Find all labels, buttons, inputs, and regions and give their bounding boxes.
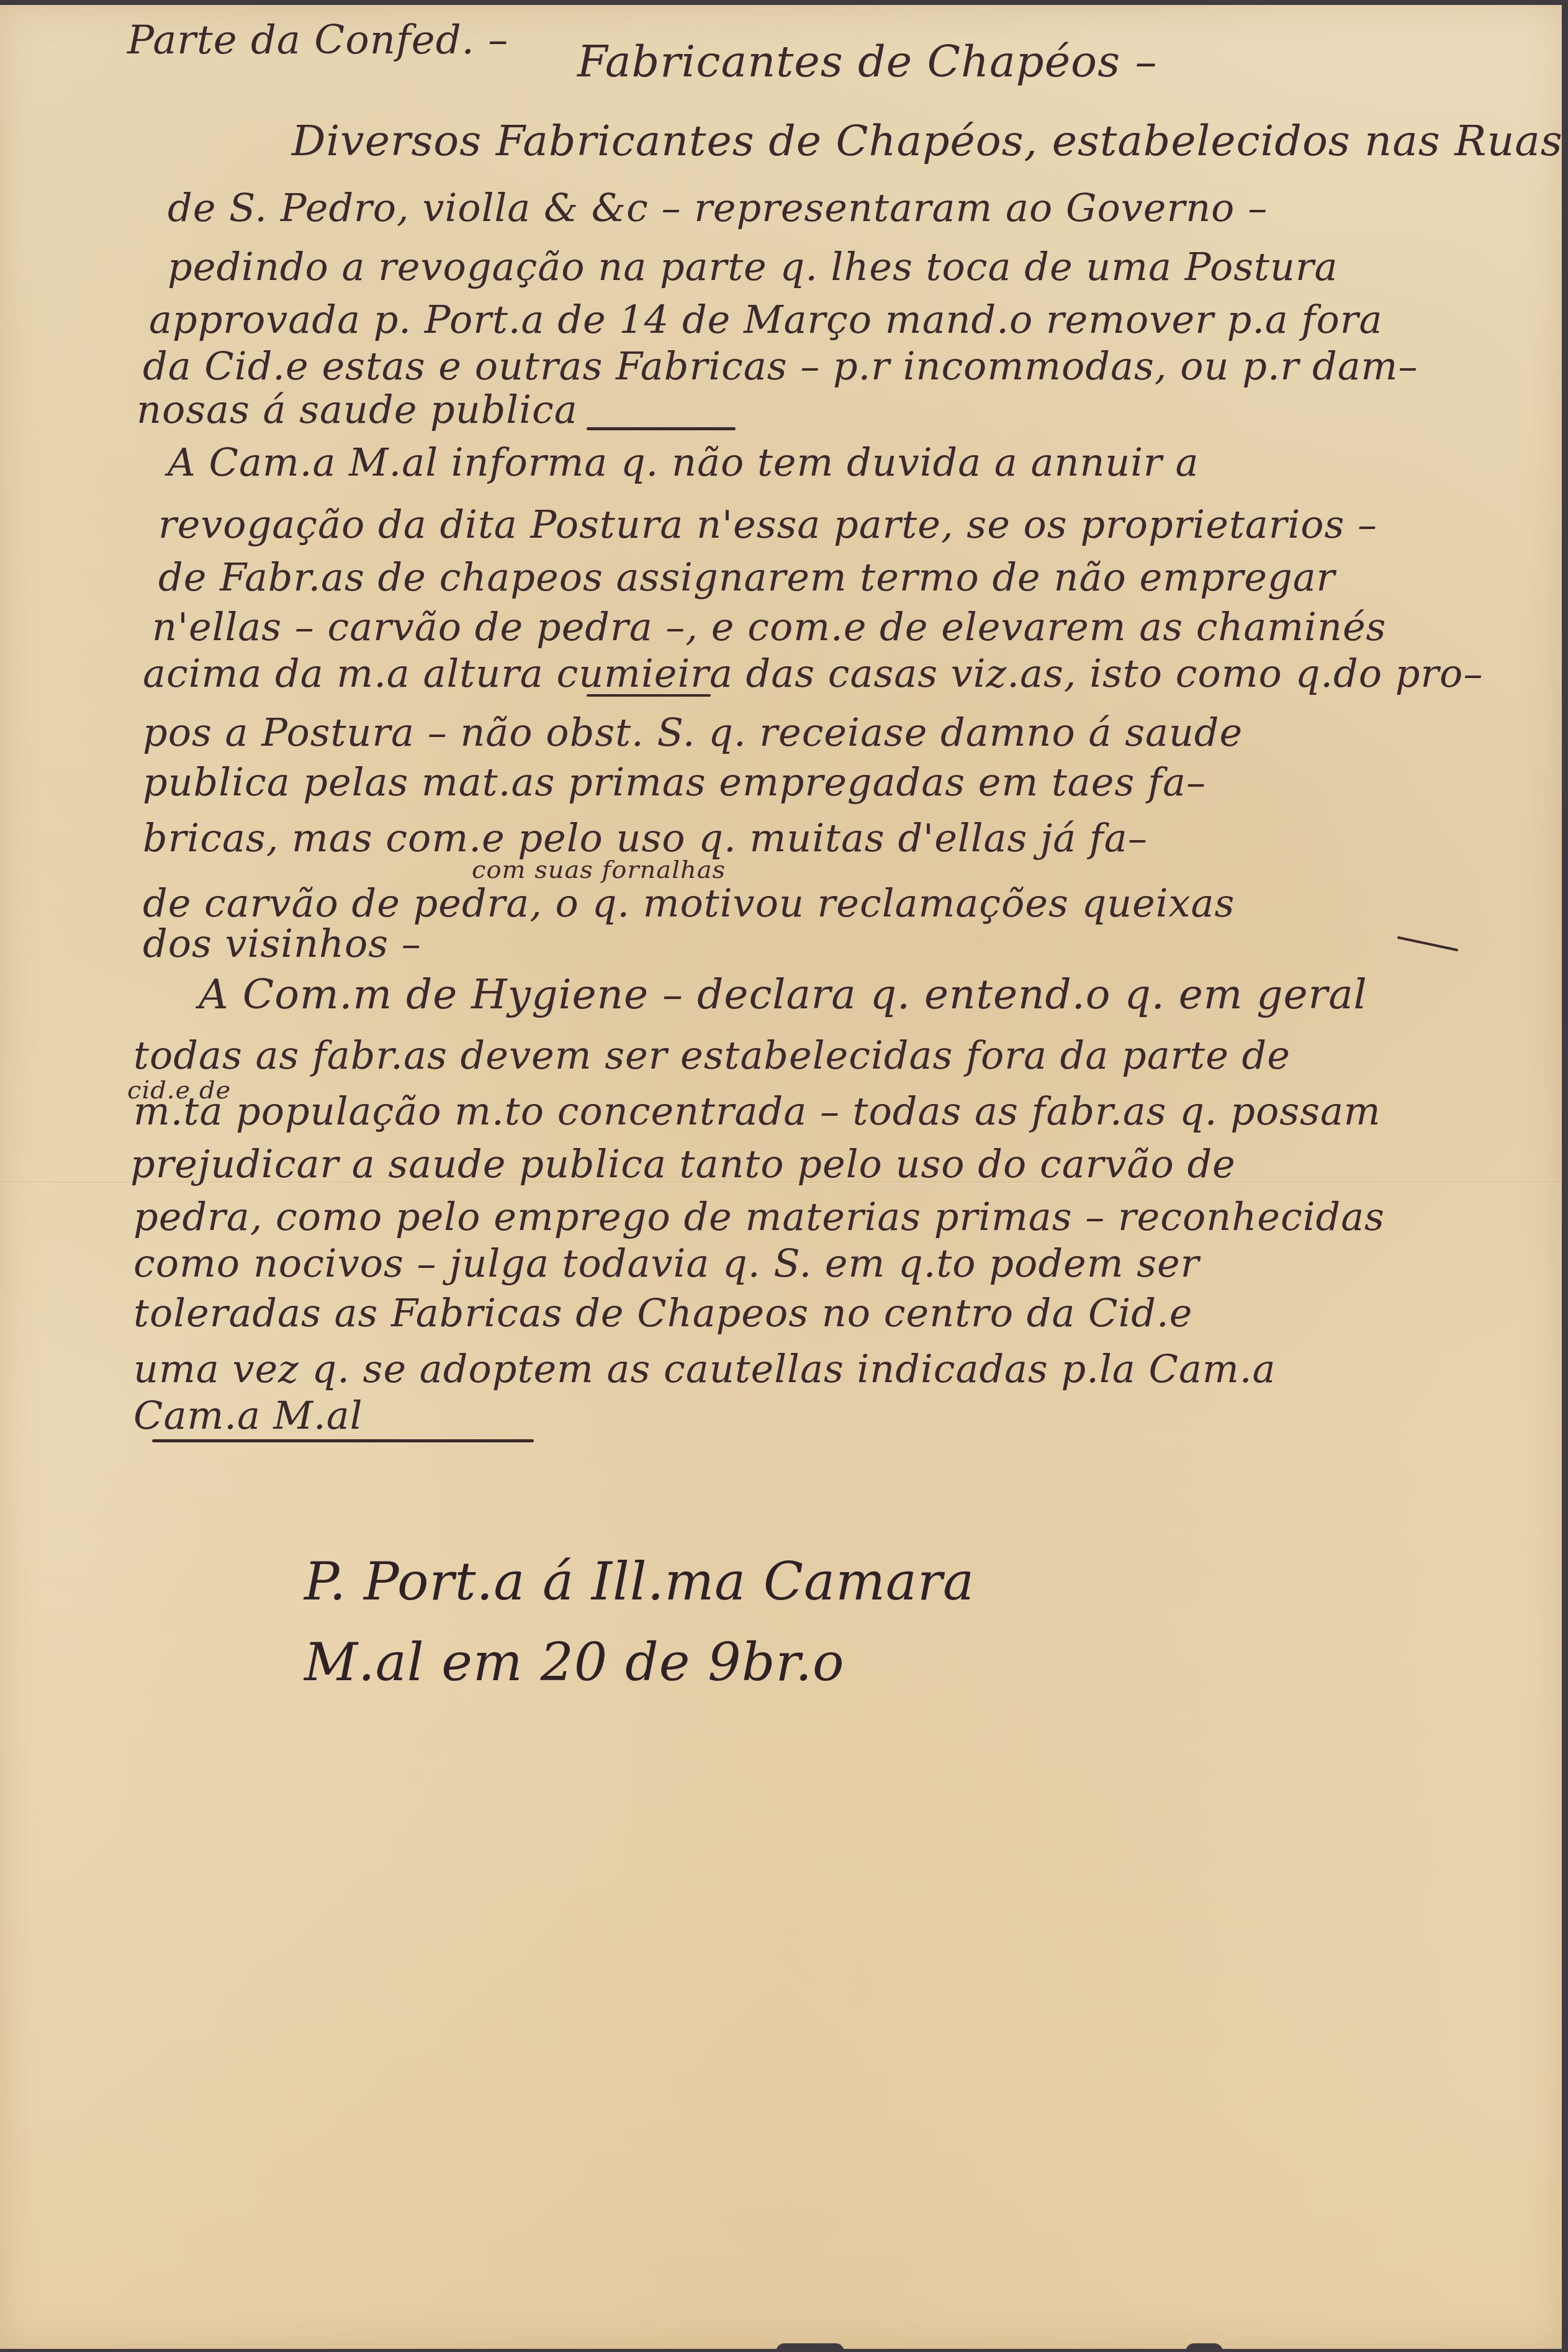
text-line: nosas á saude publica (137, 387, 578, 432)
text-line: uma vez q. se adoptem as cautellas indic… (133, 1346, 1276, 1391)
text-line: m.ta população m.to concentrada – todas … (133, 1088, 1381, 1134)
closing-line-2: M.al em 20 de 9br.o (304, 1632, 845, 1693)
text-line: n'ellas – carvão de pedra –, e com.e de … (152, 604, 1386, 649)
underline-rule (587, 427, 736, 430)
text-line: da Cid.e estas e outras Fabricas – p.r i… (143, 343, 1418, 389)
scan-holder-clip (1186, 2343, 1223, 2352)
text-line: approvada p. Port.a de 14 de Março mand.… (149, 297, 1382, 342)
scan-holder-clip (776, 2343, 844, 2352)
header-left-note: Parte da Confed. – (127, 17, 508, 63)
text-line: pedra, como pelo emprego de materias pri… (133, 1194, 1385, 1239)
text-line: de S. Pedro, violla & &c – representaram… (168, 185, 1268, 230)
text-line: prejudicar a saude publica tanto pelo us… (130, 1141, 1236, 1187)
closing-line-1: P. Port.a á Ill.ma Camara (304, 1551, 975, 1612)
underline-rule (152, 1439, 534, 1442)
text-line: como nocivos – julga todavia q. S. em q.… (133, 1241, 1199, 1286)
document-title: Fabricantes de Chapéos – (577, 36, 1157, 87)
text-line: Cam.a M.al (133, 1393, 363, 1438)
manuscript-page: Parte da Confed. – Fabricantes de Chapéo… (0, 5, 1562, 2349)
text-line: dos visinhos – (143, 921, 421, 966)
text-line: acima da m.a altura cumieira das casas v… (143, 651, 1483, 696)
text-line: de Fabr.as de chapeos assignarem termo d… (158, 554, 1335, 600)
text-line: revogação da dita Postura n'essa parte, … (158, 502, 1377, 547)
dash-rule (1397, 936, 1459, 952)
text-line: todas as fabr.as devem ser estabelecidas… (133, 1033, 1291, 1078)
text-line: A Com.m de Hygiene – declara q. entend.o… (199, 970, 1367, 1018)
text-line: pos a Postura – não obst. S. q. receiase… (143, 710, 1243, 755)
text-line: de carvão de pedra, o q. motivou reclama… (143, 880, 1235, 926)
text-line: Diversos Fabricantes de Chapéos, estabel… (292, 117, 1563, 166)
text-line: pedindo a revogação na parte q. lhes toc… (168, 244, 1338, 289)
text-line: bricas, mas com.e pelo uso q. muitas d'e… (143, 815, 1148, 861)
underline-rule (587, 694, 711, 697)
text-line: publica pelas mat.as primas empregadas e… (143, 759, 1206, 805)
text-line: toleradas as Fabricas de Chapeos no cent… (133, 1290, 1192, 1336)
text-line: A Cam.a M.al informa q. não tem duvida a… (168, 440, 1199, 485)
